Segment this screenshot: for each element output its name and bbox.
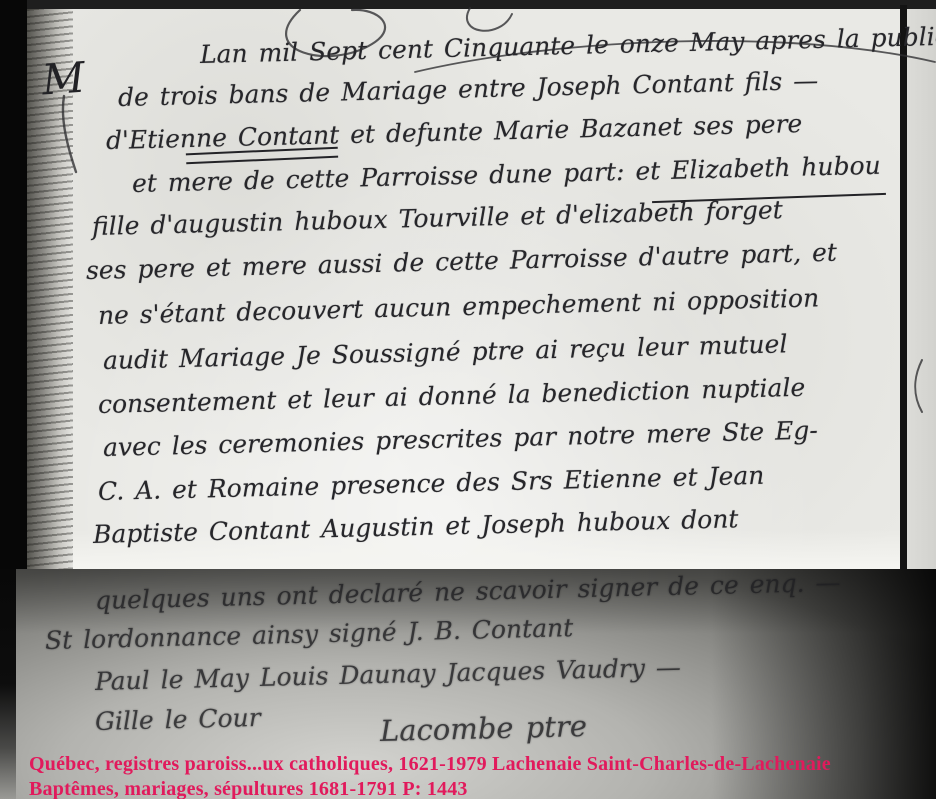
facing-page-edge (907, 9, 936, 569)
source-citation-line-2: Baptêmes, mariages, sépultures 1681-1791… (29, 778, 468, 799)
scan-left-gutter-lower (0, 569, 16, 799)
margin-act-letter: M (41, 57, 87, 102)
scan-left-gutter (0, 0, 27, 569)
record-image-viewer: M Lan mil Sept cent Cinquante le onze Ma… (0, 0, 936, 799)
priest-signature: Lacombe ptre (380, 712, 588, 746)
page-margin-rule (900, 5, 907, 569)
scan-top-border (0, 0, 936, 9)
manuscript-line-16: Gille le Cour (95, 705, 261, 734)
source-citation-line-1: Québec, registres paroiss...ux catholiqu… (29, 753, 831, 776)
